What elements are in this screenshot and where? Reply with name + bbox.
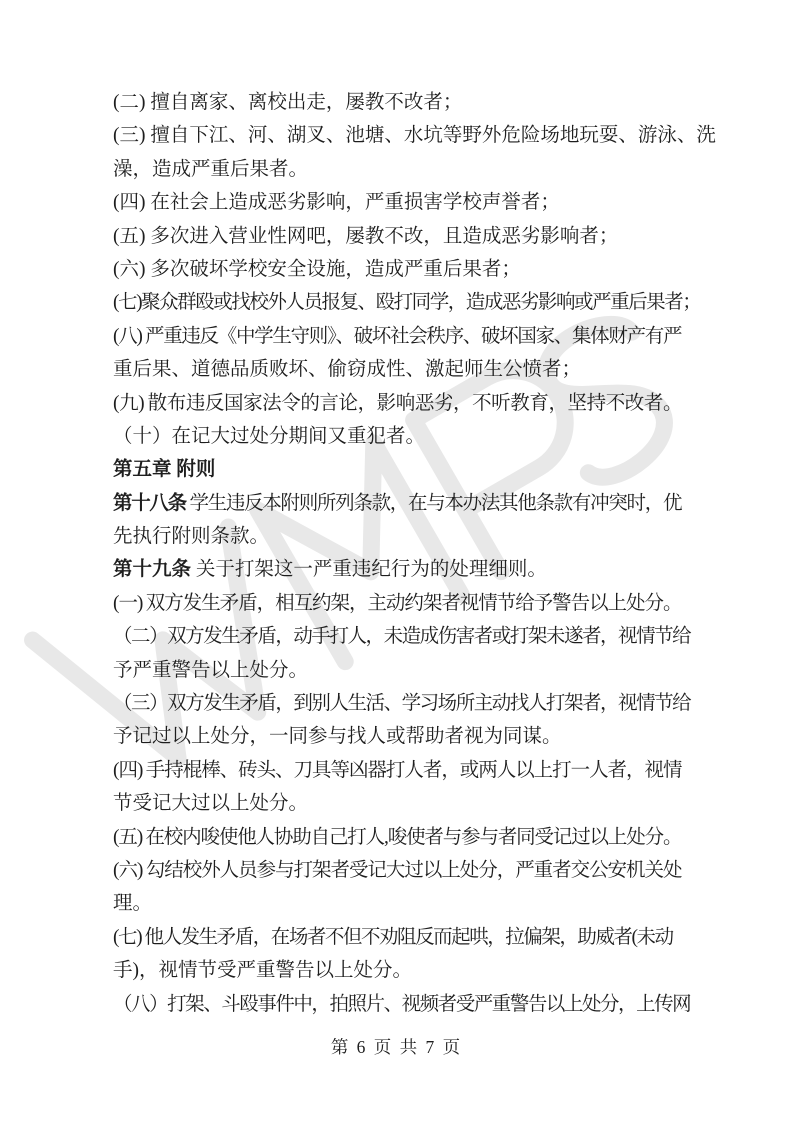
document-line: 理。 (113, 887, 681, 920)
document-line-text: （三）双方发生矛盾，到别人生活、学习场所主动找人打架者，视情节给 (113, 693, 690, 714)
document-body: (二) 擅自离家、离校出走，屡教不改者；(三) 擅自下江、河、湖叉、池塘、水坑等… (113, 86, 681, 1021)
document-line-text: 手)，视情节受严重警告以上处分。 (113, 960, 412, 981)
document-line: 予严重警告以上处分。 (113, 654, 681, 687)
document-line-text: (九) 散布违反国家法令的言论，影响恶劣，不听教育，坚持不改者。 (113, 393, 681, 414)
document-line: (八) 严重违反《中学生守则》、破坏社会秩序、破坏国家、集体财产有严 (113, 320, 681, 353)
document-line: (七)聚众群殴或找校外人员报复、殴打同学，造成恶劣影响或严重后果者； (113, 286, 681, 319)
document-line-text: (四) 手持棍棒、砖头、刀具等凶器打人者，或两人以上打一人者，视情 (113, 760, 681, 781)
document-line: (五) 在校内唆使他人协助自己打人,唆使者与参与者同受记过以上处分。 (113, 821, 681, 854)
document-line-text: (五) 在校内唆使他人协助自己打人,唆使者与参与者同受记过以上处分。 (113, 827, 681, 848)
document-line-text: 节受记大过以上处分。 (113, 793, 308, 814)
document-line-text: 先执行附则条款。 (113, 526, 269, 547)
document-line: 重后果、道德品质败坏、偷窃成性、激起师生公愤者； (113, 353, 681, 386)
document-line: (七) 他人发生矛盾，在场者不但不劝阻反而起哄，拉偏架，助威者(未动 (113, 921, 681, 954)
document-page: { "page": { "background": "#ffffff", "te… (0, 0, 793, 1122)
page-number-footer: 第 6 页 共 7 页 (0, 1034, 793, 1060)
document-line-text: (五) 多次进入营业性网吧，屡教不改，且造成恶劣影响者； (113, 226, 618, 247)
document-line-text: (七) 他人发生矛盾，在场者不但不劝阻反而起哄，拉偏架，助威者(未动 (113, 927, 673, 948)
document-line-bold-text: 第五章 附则 (113, 459, 215, 480)
document-line-text: (七)聚众群殴或找校外人员报复、殴打同学，造成恶劣影响或严重后果者； (113, 292, 700, 313)
document-line: (四) 在社会上造成恶劣影响，严重损害学校声誉者； (113, 186, 681, 219)
document-line: (一) 双方发生矛盾，相互约架，主动约架者视情节给予警告以上处分。 (113, 587, 681, 620)
document-line: 第五章 附则 (113, 453, 681, 486)
document-line: 先执行附则条款。 (113, 520, 681, 553)
document-line: (二) 擅自离家、离校出走，屡教不改者； (113, 86, 681, 119)
document-line-text: (二) 擅自离家、离校出走，屡教不改者； (113, 92, 462, 113)
document-line-text: 重后果、道德品质败坏、偷窃成性、激起师生公愤者； (113, 359, 581, 380)
document-line: 节受记大过以上处分。 (113, 787, 681, 820)
document-line-text: 理。 (113, 893, 152, 914)
document-line: 手)，视情节受严重警告以上处分。 (113, 954, 681, 987)
document-line-text: (三) 擅自下江、河、湖叉、池塘、水坑等野外危险场地玩耍、游泳、洗 (113, 125, 716, 146)
document-line-text: 予记过以上处分，一同参与找人或帮助者视为同谋。 (113, 726, 562, 747)
document-line-text: 予严重警告以上处分。 (113, 660, 308, 681)
document-line-text: （二）双方发生矛盾，动手打人，未造成伤害者或打架未遂者，视情节给 (113, 626, 690, 647)
document-line-text: （八）打架、斗殴事件中，拍照片、视频者受严重警告以上处分，上传网 (113, 994, 690, 1015)
document-line: (三) 擅自下江、河、湖叉、池塘、水坑等野外危险场地玩耍、游泳、洗 (113, 119, 681, 152)
document-line-bold-text: 第十八条 (113, 493, 186, 514)
document-line: （八）打架、斗殴事件中，拍照片、视频者受严重警告以上处分，上传网 (113, 988, 681, 1021)
document-line: 予记过以上处分，一同参与找人或帮助者视为同谋。 (113, 720, 681, 753)
document-line: (五) 多次进入营业性网吧，屡教不改，且造成恶劣影响者； (113, 220, 681, 253)
document-line-text: (八) 严重违反《中学生守则》、破坏社会秩序、破坏国家、集体财产有严 (113, 326, 681, 347)
document-line-text: (一) 双方发生矛盾，相互约架，主动约架者视情节给予警告以上处分。 (113, 593, 681, 614)
document-line-text: 学生违反本附则所列条款，在与本办法其他条款有冲突时，优 (186, 493, 681, 514)
document-line: (九) 散布违反国家法令的言论，影响恶劣，不听教育，坚持不改者。 (113, 387, 681, 420)
document-line: (六) 多次破坏学校安全设施，造成严重后果者； (113, 253, 681, 286)
document-line: 澡，造成严重后果者。 (113, 153, 681, 186)
document-line: (六) 勾结校外人员参与打架者受记大过以上处分，严重者交公安机关处 (113, 854, 681, 887)
document-line-text: (六) 勾结校外人员参与打架者受记大过以上处分，严重者交公安机关处 (113, 860, 681, 881)
document-line-text: (六) 多次破坏学校安全设施，造成严重后果者； (113, 259, 521, 280)
document-line: （二）双方发生矛盾，动手打人，未造成伤害者或打架未遂者，视情节给 (113, 620, 681, 653)
document-line-bold-text: 第十九条 (113, 559, 191, 580)
document-line: (四) 手持棍棒、砖头、刀具等凶器打人者，或两人以上打一人者，视情 (113, 754, 681, 787)
document-line: （三）双方发生矛盾，到别人生活、学习场所主动找人打架者，视情节给 (113, 687, 681, 720)
document-line-text: （十）在记大过处分期间又重犯者。 (113, 426, 425, 447)
document-line: 第十九条 关于打架这一严重违纪行为的处理细则。 (113, 553, 681, 586)
document-line-text: 关于打架这一严重违纪行为的处理细则。 (191, 559, 547, 580)
document-line: 第十八条 学生违反本附则所列条款，在与本办法其他条款有冲突时，优 (113, 487, 681, 520)
document-line-text: (四) 在社会上造成恶劣影响，严重损害学校声誉者； (113, 192, 560, 213)
document-line-text: 澡，造成严重后果者。 (113, 159, 308, 180)
document-line: （十）在记大过处分期间又重犯者。 (113, 420, 681, 453)
